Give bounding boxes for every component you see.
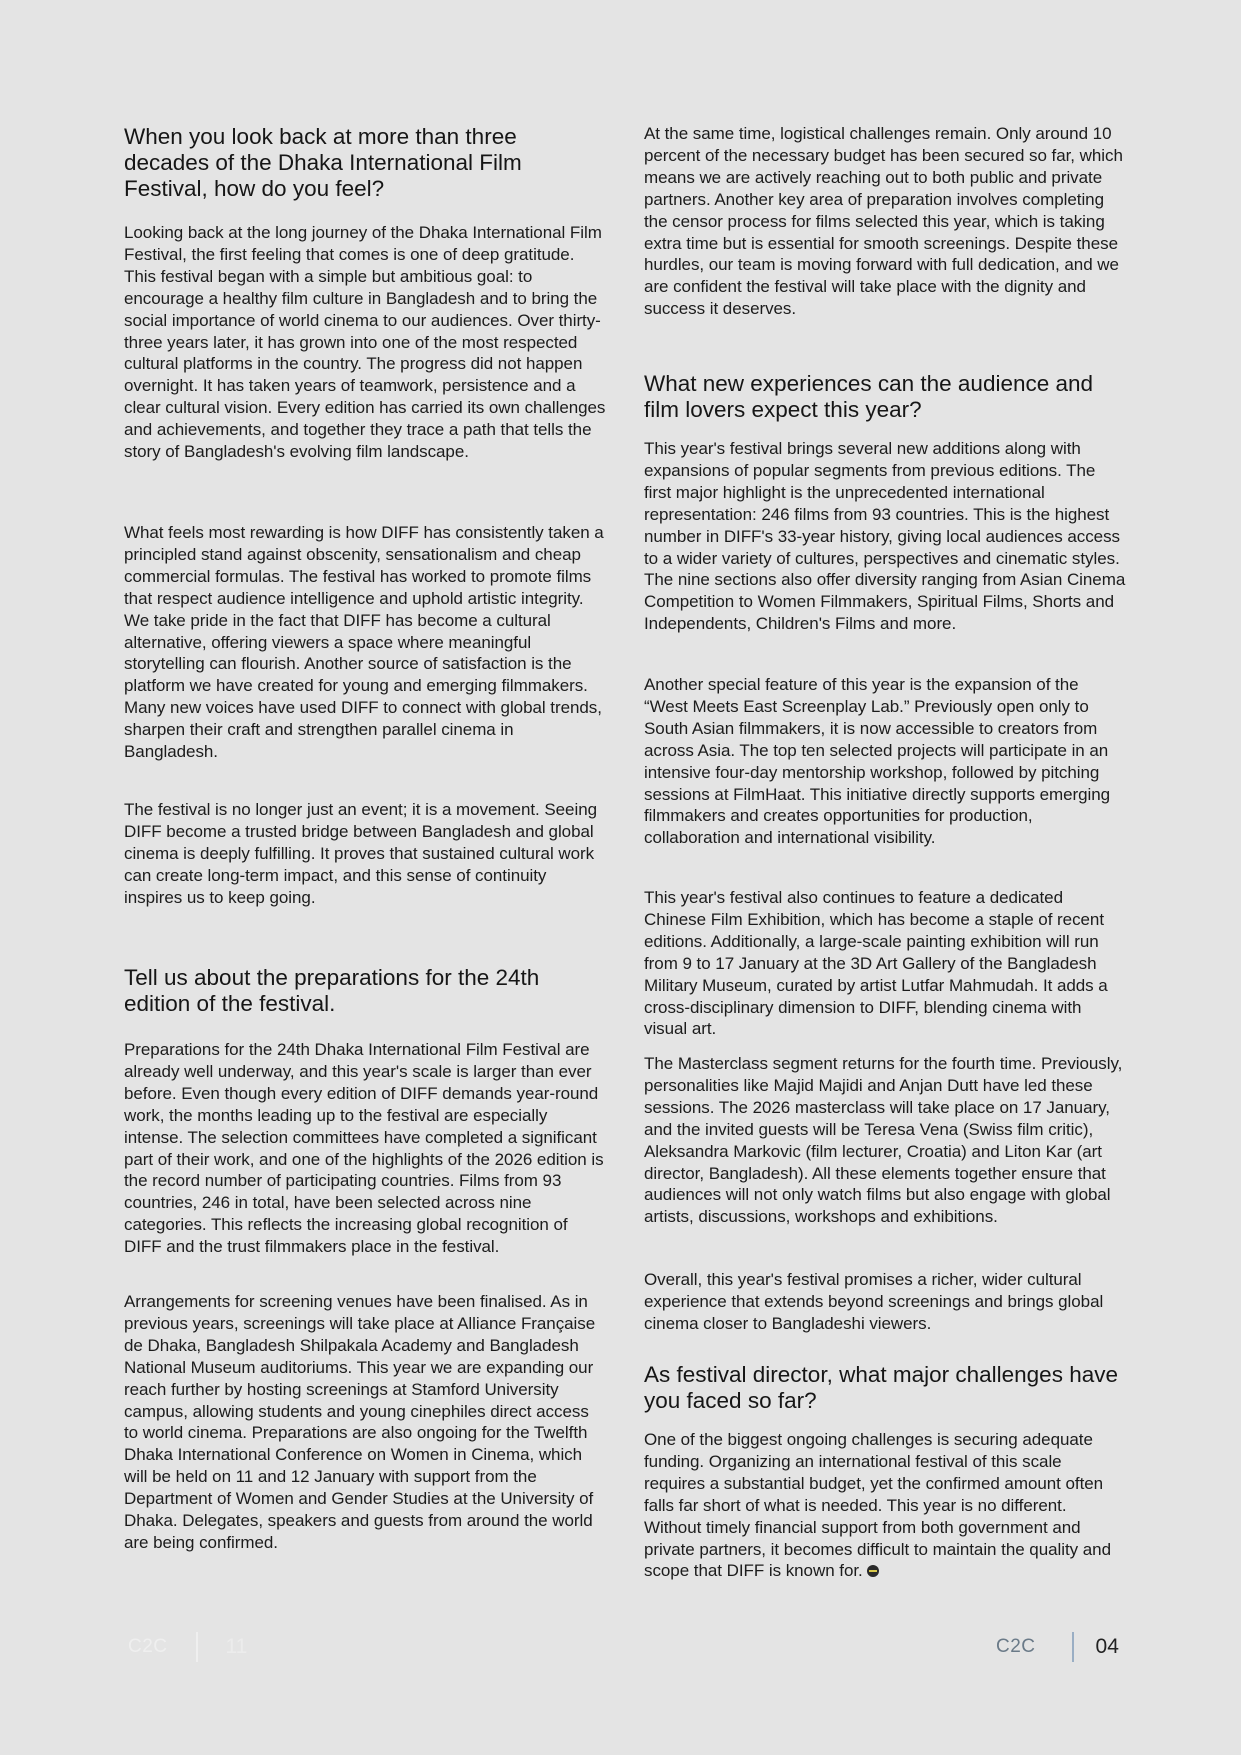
footer-divider	[196, 1632, 198, 1662]
answer-text: One of the biggest ongoing challenges is…	[644, 1430, 1111, 1580]
footer-left: C2C 11	[128, 1630, 247, 1664]
answer-paragraph: Preparations for the 24th Dhaka Internat…	[124, 1039, 606, 1258]
answer-paragraph: The festival is no longer just an event;…	[124, 799, 606, 909]
page-number: 04	[1096, 1635, 1119, 1659]
answer-paragraph: This year's festival also continues to f…	[644, 887, 1126, 1040]
answer-paragraph: At the same time, logistical challenges …	[644, 123, 1126, 320]
page-number: 11	[226, 1635, 248, 1659]
question-heading-1: When you look back at more than three de…	[124, 124, 604, 202]
answer-paragraph: Arrangements for screening venues have b…	[124, 1291, 606, 1554]
answer-paragraph: Another special feature of this year is …	[644, 674, 1126, 849]
answer-paragraph: This year's festival brings several new …	[644, 438, 1126, 635]
answer-paragraph: Looking back at the long journey of the …	[124, 222, 606, 463]
footer-brand: C2C	[128, 1636, 168, 1658]
question-heading-2: Tell us about the preparations for the 2…	[124, 965, 604, 1017]
answer-paragraph: The Masterclass segment returns for the …	[644, 1053, 1126, 1228]
footer-divider	[1072, 1632, 1074, 1662]
question-heading-4: As festival director, what major challen…	[644, 1362, 1124, 1414]
answer-paragraph-final: One of the biggest ongoing challenges is…	[644, 1429, 1126, 1582]
answer-paragraph: Overall, this year's festival promises a…	[644, 1269, 1126, 1335]
footer-brand: C2C	[996, 1636, 1036, 1658]
answer-paragraph: What feels most rewarding is how DIFF ha…	[124, 522, 606, 763]
end-of-article-icon	[867, 1565, 879, 1577]
footer-right: C2C 04	[996, 1630, 1119, 1664]
question-heading-3: What new experiences can the audience an…	[644, 371, 1124, 423]
